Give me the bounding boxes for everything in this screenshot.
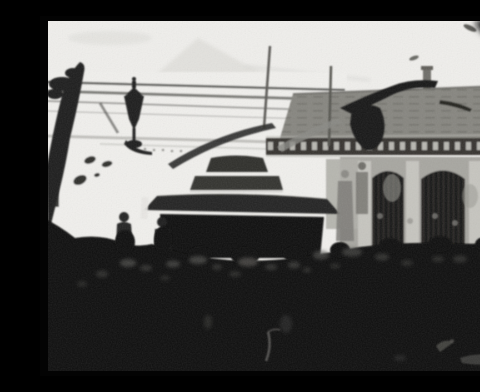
film-frame[interactable]: Archival film still: [40, 16, 480, 376]
film-frame-art: Archival film still: [40, 16, 480, 376]
top-frame-bar: [40, 16, 480, 21]
left-frame-bar: [40, 16, 48, 376]
film-grain-overlay: [40, 16, 480, 376]
bottom-frame-bar: [40, 371, 480, 376]
